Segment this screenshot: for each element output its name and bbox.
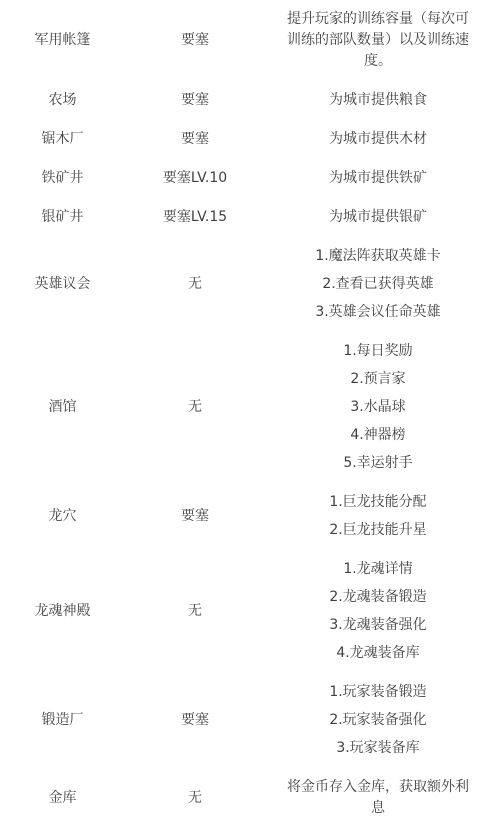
building-name-cell: 龙魂神殿 — [0, 550, 125, 673]
function-line: 4.龙魂装备库 — [282, 643, 474, 664]
building-name-cell: 金库 — [0, 768, 125, 828]
functions-cell: 为城市提供粮食 — [265, 81, 491, 120]
function-line: 1.玩家装备锻造 — [282, 682, 474, 703]
functions-cell: 1.魔法阵获取英雄卡2.查看已获得英雄3.英雄会议任命英雄 — [265, 237, 491, 332]
function-line: 3.龙魂装备强化 — [282, 615, 474, 636]
requirement: 要塞 — [125, 710, 265, 731]
function-line: 1.魔法阵获取英雄卡 — [282, 246, 474, 267]
requirement-cell: 无 — [125, 768, 265, 828]
requirement: 无 — [125, 274, 265, 295]
function-line: 2.巨龙技能升星 — [282, 520, 474, 541]
table-row: 锯木厂 要塞 为城市提供木材 — [0, 120, 491, 159]
requirement-cell: 要塞 — [125, 120, 265, 159]
building-name-cell: 银矿井 — [0, 198, 125, 237]
building-name-cell: 酒馆 — [0, 332, 125, 483]
table-row: 酒馆 无 1.每日奖励2.预言家3.水晶球4.神器榜5.幸运射手 — [0, 332, 491, 483]
functions-cell: 提升玩家的训练容量（每次可训练的部队数量）以及训练速度。 — [265, 0, 491, 81]
table-row: 龙穴 要塞 1.巨龙技能分配2.巨龙技能升星 — [0, 483, 491, 550]
building-name: 农场 — [0, 90, 125, 111]
requirement: 要塞 — [125, 90, 265, 111]
building-name-cell: 农场 — [0, 81, 125, 120]
building-name: 锯木厂 — [0, 129, 125, 150]
requirement: 要塞LV.10 — [125, 168, 265, 189]
requirement-cell: 无 — [125, 237, 265, 332]
requirement: 无 — [125, 397, 265, 418]
function-line: 将金币存入金库，获取额外利息 — [282, 777, 474, 819]
function-line: 3.英雄会议任命英雄 — [282, 302, 474, 323]
building-name-cell: 军用帐篷 — [0, 0, 125, 81]
function-line: 为城市提供粮食 — [282, 90, 474, 111]
functions-cell: 将金币存入金库，获取额外利息 — [265, 768, 491, 828]
requirement-cell: 无 — [125, 550, 265, 673]
building-name-cell: 龙穴 — [0, 483, 125, 550]
function-line: 为城市提供木材 — [282, 129, 474, 150]
table-row: 铁矿井 要塞LV.10 为城市提供铁矿 — [0, 159, 491, 198]
table-row: 军用帐篷 要塞 提升玩家的训练容量（每次可训练的部队数量）以及训练速度。 — [0, 0, 491, 81]
table-row: 金库 无 将金币存入金库，获取额外利息 — [0, 768, 491, 828]
function-line: 提升玩家的训练容量（每次可训练的部队数量）以及训练速度。 — [282, 9, 474, 72]
building-name-cell: 锻造厂 — [0, 673, 125, 768]
function-line: 2.龙魂装备锻造 — [282, 587, 474, 608]
requirement: 无 — [125, 601, 265, 622]
building-name: 银矿井 — [0, 207, 125, 228]
function-line: 2.查看已获得英雄 — [282, 274, 474, 295]
table-row: 农场 要塞 为城市提供粮食 — [0, 81, 491, 120]
function-line: 5.幸运射手 — [282, 453, 474, 474]
requirement-cell: 要塞 — [125, 81, 265, 120]
functions-cell: 1.每日奖励2.预言家3.水晶球4.神器榜5.幸运射手 — [265, 332, 491, 483]
function-line: 4.神器榜 — [282, 425, 474, 446]
table-row: 锻造厂 要塞 1.玩家装备锻造2.玩家装备强化3.玩家装备库 — [0, 673, 491, 768]
function-line: 3.水晶球 — [282, 397, 474, 418]
requirement-cell: 要塞 — [125, 483, 265, 550]
function-line: 3.玩家装备库 — [282, 738, 474, 759]
function-line: 为城市提供铁矿 — [282, 168, 474, 189]
building-name: 铁矿井 — [0, 168, 125, 189]
building-name: 英雄议会 — [0, 274, 125, 295]
buildings-table: 军用帐篷 要塞 提升玩家的训练容量（每次可训练的部队数量）以及训练速度。 农场 … — [0, 0, 491, 828]
table-row: 英雄议会 无 1.魔法阵获取英雄卡2.查看已获得英雄3.英雄会议任命英雄 — [0, 237, 491, 332]
requirement-cell: 要塞LV.15 — [125, 198, 265, 237]
functions-cell: 1.玩家装备锻造2.玩家装备强化3.玩家装备库 — [265, 673, 491, 768]
requirement: 无 — [125, 788, 265, 809]
functions-cell: 为城市提供木材 — [265, 120, 491, 159]
requirement: 要塞 — [125, 129, 265, 150]
building-name-cell: 铁矿井 — [0, 159, 125, 198]
building-name: 军用帐篷 — [0, 30, 125, 51]
function-line: 2.玩家装备强化 — [282, 710, 474, 731]
building-name: 龙穴 — [0, 506, 125, 527]
functions-cell: 为城市提供铁矿 — [265, 159, 491, 198]
building-name-cell: 锯木厂 — [0, 120, 125, 159]
functions-cell: 1.龙魂详情2.龙魂装备锻造3.龙魂装备强化4.龙魂装备库 — [265, 550, 491, 673]
requirement-cell: 要塞 — [125, 673, 265, 768]
requirement-cell: 要塞LV.10 — [125, 159, 265, 198]
function-line: 1.巨龙技能分配 — [282, 492, 474, 513]
building-name: 酒馆 — [0, 397, 125, 418]
building-name-cell: 英雄议会 — [0, 237, 125, 332]
building-name: 锻造厂 — [0, 710, 125, 731]
table-row: 银矿井 要塞LV.15 为城市提供银矿 — [0, 198, 491, 237]
table-row: 龙魂神殿 无 1.龙魂详情2.龙魂装备锻造3.龙魂装备强化4.龙魂装备库 — [0, 550, 491, 673]
requirement: 要塞 — [125, 30, 265, 51]
functions-cell: 1.巨龙技能分配2.巨龙技能升星 — [265, 483, 491, 550]
requirement-cell: 要塞 — [125, 0, 265, 81]
function-line: 2.预言家 — [282, 369, 474, 390]
requirement-cell: 无 — [125, 332, 265, 483]
buildings-table-body: 军用帐篷 要塞 提升玩家的训练容量（每次可训练的部队数量）以及训练速度。 农场 … — [0, 0, 491, 828]
requirement: 要塞LV.15 — [125, 207, 265, 228]
building-name: 龙魂神殿 — [0, 601, 125, 622]
building-name: 金库 — [0, 788, 125, 809]
page: 军用帐篷 要塞 提升玩家的训练容量（每次可训练的部队数量）以及训练速度。 农场 … — [0, 0, 491, 828]
functions-cell: 为城市提供银矿 — [265, 198, 491, 237]
function-line: 为城市提供银矿 — [282, 207, 474, 228]
function-line: 1.每日奖励 — [282, 341, 474, 362]
function-line: 1.龙魂详情 — [282, 559, 474, 580]
requirement: 要塞 — [125, 506, 265, 527]
